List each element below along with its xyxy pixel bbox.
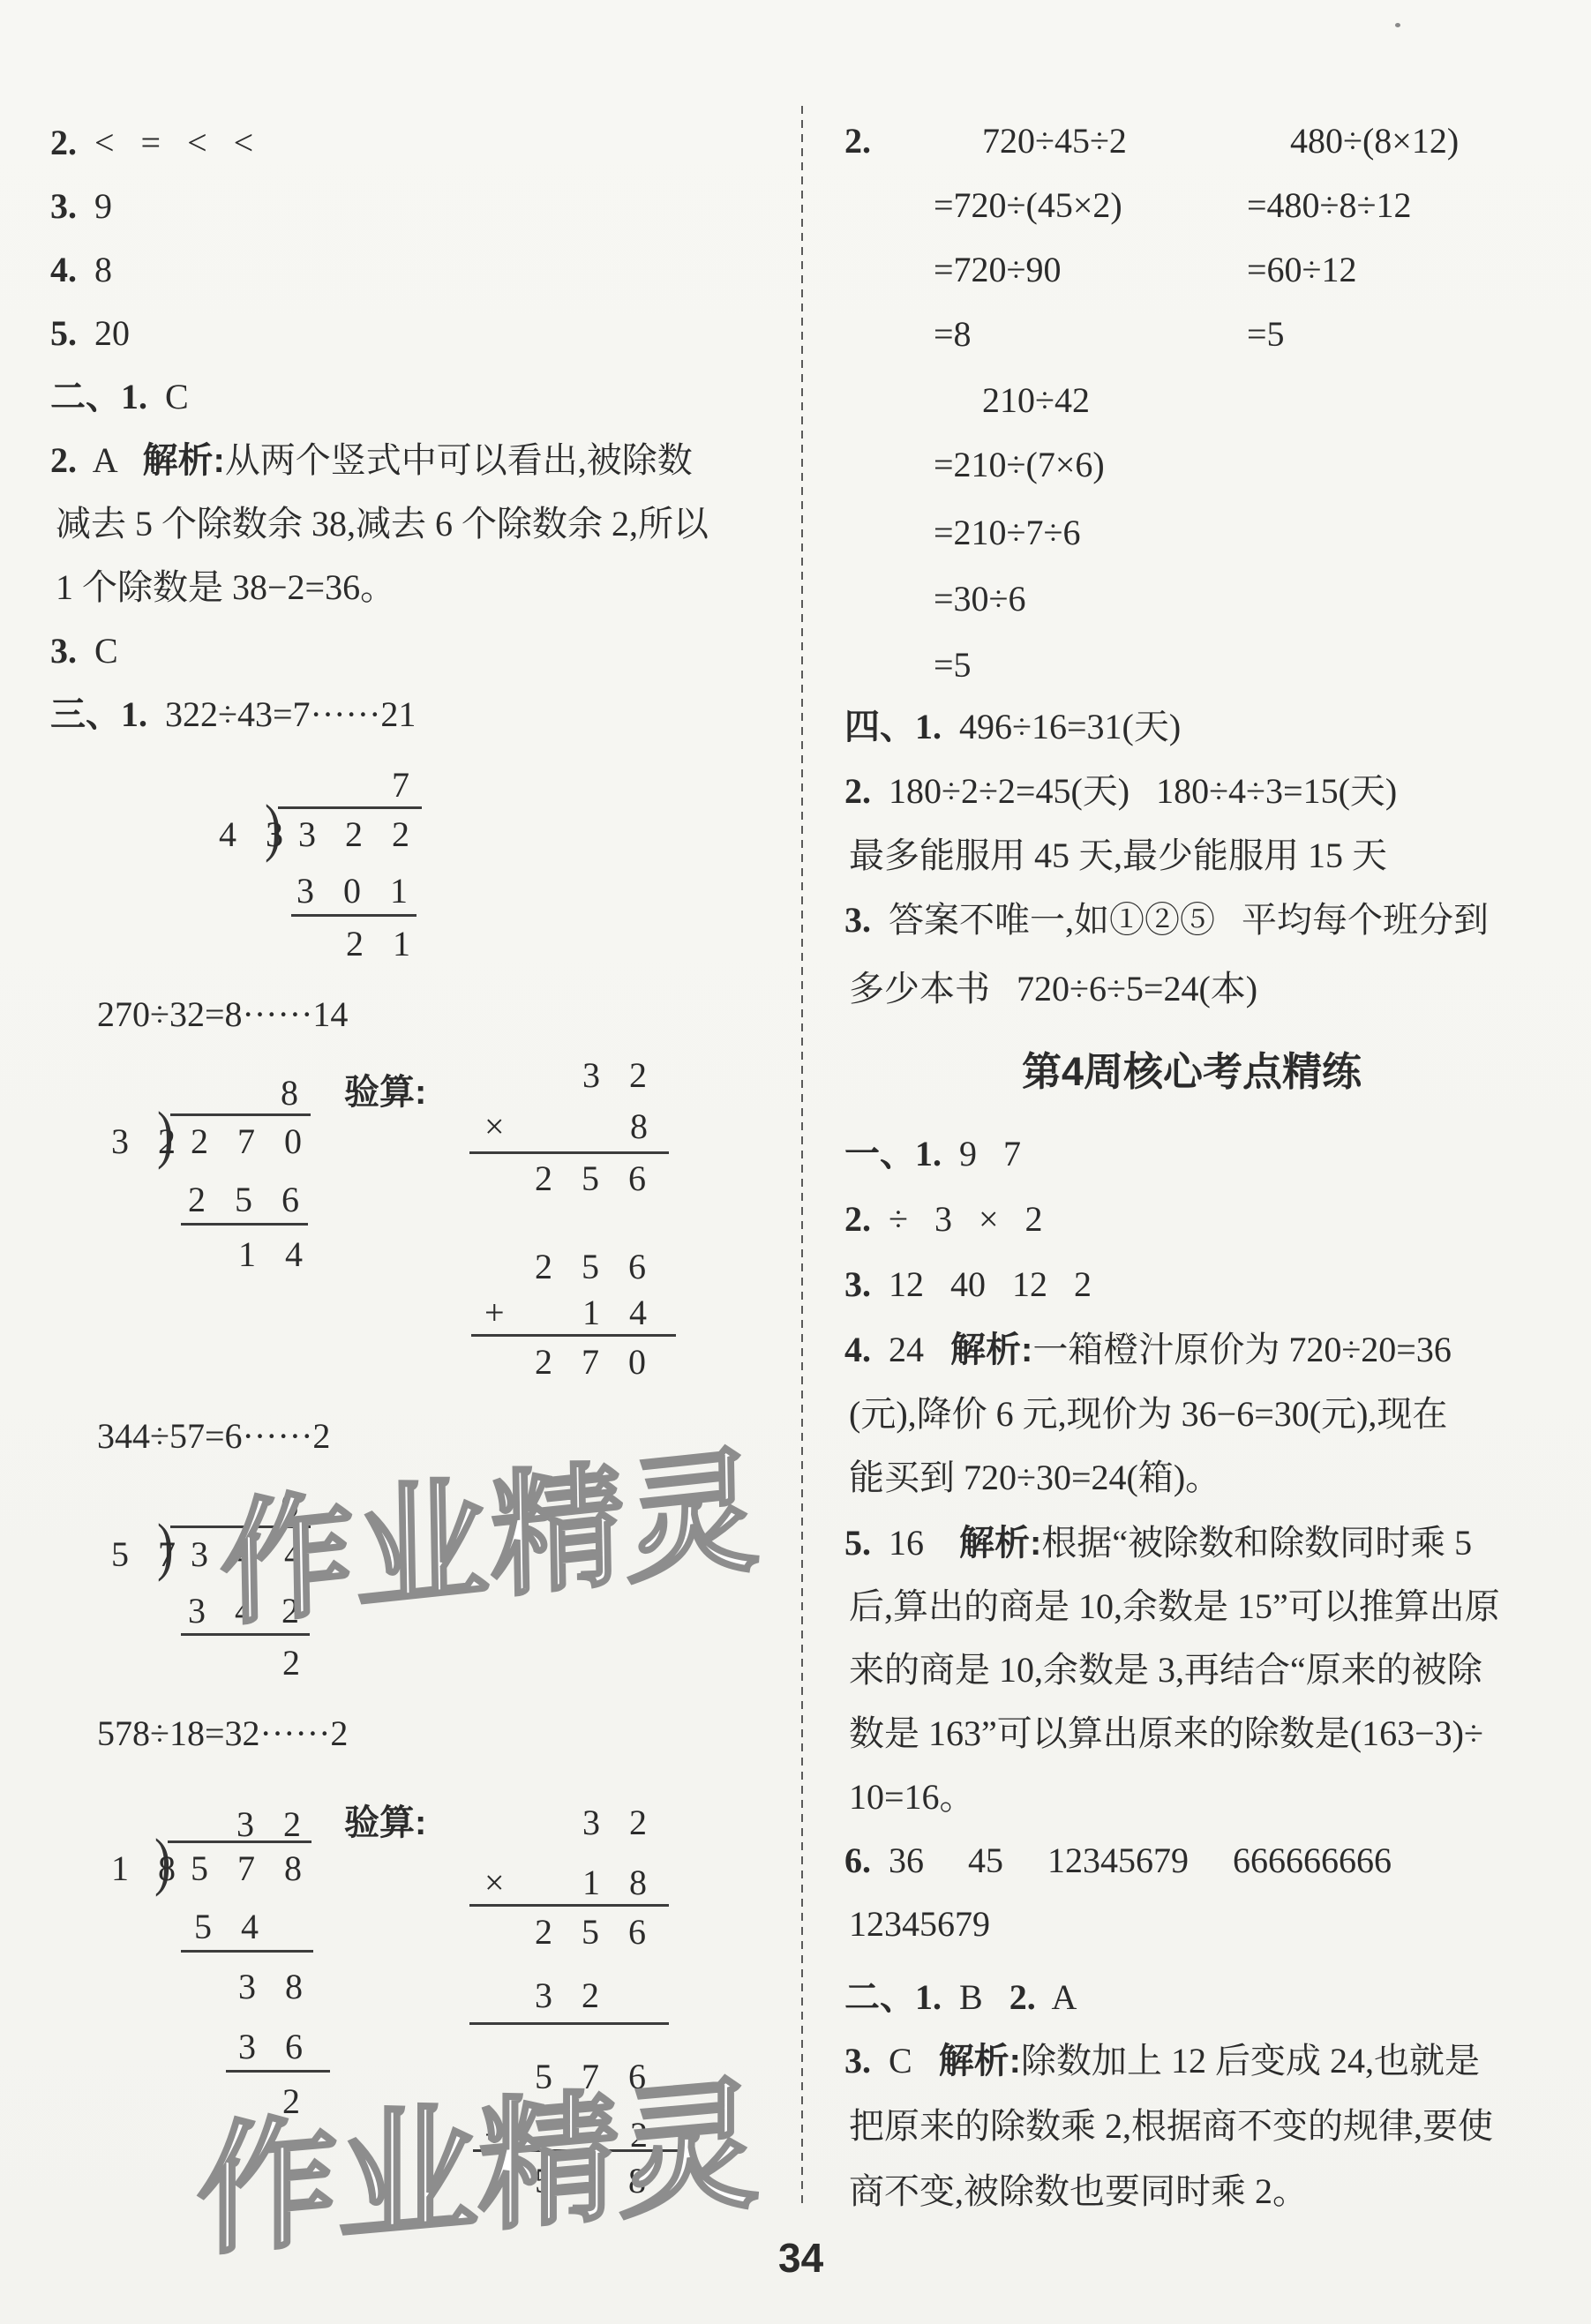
long-division-remainder: 21: [346, 923, 439, 965]
equation-line: 210÷42: [982, 379, 1090, 422]
answer-line: 3. 12 40 12 2: [844, 1263, 1092, 1306]
division-rule: [226, 2070, 330, 2073]
item-marker: 2.: [844, 1199, 871, 1239]
division-vinculum: [278, 806, 422, 809]
check-add-result: 270: [535, 1341, 675, 1383]
long-division-quotient: 32: [236, 1803, 330, 1846]
answer-line: 5. 20: [50, 312, 130, 355]
answer-text: 数是 163”可以算出原来的除数是(163−3)÷: [849, 1713, 1483, 1753]
item-marker: 2.: [1009, 1977, 1036, 2017]
item-marker: 二、1.: [50, 377, 147, 416]
answer-line: 能买到 720÷30=24(箱)。: [849, 1457, 1220, 1499]
answer-text: ÷ 3 × 2: [871, 1199, 1043, 1239]
answer-text: 除数加上 12 后变成 24,也就是: [1021, 2041, 1480, 2080]
check-add-bottom: 14: [582, 1292, 676, 1334]
answer-line: 12345679: [849, 1903, 990, 1945]
answer-line: 3. C: [50, 630, 118, 672]
answer-text: < = < <: [77, 123, 253, 162]
item-marker: 3.: [844, 900, 871, 940]
long-division-remainder: 14: [238, 1233, 332, 1276]
analysis-label: 解析:: [142, 441, 224, 480]
long-division-remainder: 2: [282, 1642, 329, 1684]
scan-speck: [1395, 23, 1400, 27]
check-mult-bottom: 18: [582, 1862, 676, 1904]
equation-line: 720÷45÷2: [982, 120, 1127, 162]
answer-line: 四、1. 496÷16=31(天): [844, 706, 1181, 748]
check-rule: [469, 2022, 669, 2025]
long-division-step: 38: [238, 1966, 332, 2008]
answer-text: 16: [871, 1523, 959, 1563]
answer-line: 2. A 解析:从两个竖式中可以看出,被除数: [50, 439, 693, 482]
equation-line: 344÷57=6······2: [97, 1415, 330, 1458]
item-marker: 2.: [50, 123, 77, 162]
item-marker: 3.: [50, 186, 77, 226]
answer-text: C: [147, 377, 189, 416]
answer-text: 322÷43=7······21: [147, 694, 416, 734]
answer-line: 数是 163”可以算出原来的除数是(163−3)÷: [849, 1713, 1483, 1755]
answer-text: 一箱橙汁原价为 720÷20=36: [1032, 1330, 1452, 1369]
check-mult-result: 256: [535, 1158, 675, 1200]
answer-text: 答案不唯一,如①②⑤ 平均每个班分到: [871, 900, 1489, 940]
check-rule: [471, 1334, 676, 1337]
answer-line: 4. 24 解析:一箱橙汁原价为 720÷20=36: [844, 1329, 1452, 1371]
long-division-product: 301: [296, 870, 437, 912]
check-partial-product: 32: [535, 1975, 628, 2017]
answer-text: 20: [77, 313, 130, 353]
item-marker: 5.: [50, 313, 77, 353]
answer-line: 3. C 解析:除数加上 12 后变成 24,也就是: [844, 2040, 1480, 2082]
division-vinculum: [168, 1840, 311, 1843]
answer-text: 9: [77, 186, 112, 226]
answer-text: C: [871, 2041, 939, 2080]
equation-line: =720÷90: [934, 249, 1062, 291]
check-partial-product: 256: [535, 1911, 675, 1953]
answer-text: 从两个竖式中可以看出,被除数: [225, 440, 693, 480]
long-division-quotient: 8: [281, 1072, 327, 1114]
answer-text: B: [942, 1977, 1009, 2017]
answer-line: 2. ÷ 3 × 2: [844, 1198, 1043, 1241]
equation-line: =5: [1247, 313, 1285, 356]
equation-line: =210÷(7×6): [934, 444, 1105, 486]
answer-text: 24: [871, 1330, 950, 1369]
equation-line: =5: [934, 644, 972, 686]
check-rule: [469, 1151, 669, 1154]
answer-line: 6. 36 45 12345679 666666666: [844, 1840, 1392, 1882]
division-vinculum: [170, 1113, 311, 1116]
equation-line: =480÷8÷12: [1247, 184, 1411, 227]
column-divider: [801, 106, 803, 2206]
answer-text: 12 40 12 2: [871, 1264, 1092, 1304]
item-marker: 4.: [844, 1330, 871, 1369]
answer-text: 后,算出的商是 10,余数是 15”可以推算出原: [849, 1586, 1500, 1626]
answer-text: 把原来的除数乘 2,根据商不变的规律,要使: [849, 2106, 1493, 2146]
answer-text: 12345679: [849, 1904, 990, 1944]
item-marker: 三、1.: [50, 694, 147, 734]
answer-line: 后,算出的商是 10,余数是 15”可以推算出原: [849, 1586, 1500, 1628]
item-marker: 5.: [844, 1523, 871, 1563]
answer-line: 来的商是 10,余数是 3,再结合“原来的被除: [849, 1649, 1482, 1691]
answer-text: 1 个除数是 38−2=36。: [56, 567, 395, 607]
equation-line: =60÷12: [1247, 249, 1357, 291]
answer-line: 二、1. C: [50, 376, 189, 418]
long-division-dividend: 578: [191, 1848, 331, 1890]
item-marker: 二、1.: [844, 1977, 942, 2017]
answer-text: 商不变,被除数也要同时乘 2。: [849, 2171, 1308, 2211]
answer-text: C: [77, 631, 118, 671]
check-rule: [469, 1904, 669, 1907]
answer-line: (元),降价 6 元,现价为 36−6=30(元),现在: [849, 1393, 1447, 1436]
long-division-dividend: 322: [298, 813, 439, 856]
answer-text: 180÷2÷2=45(天) 180÷4÷3=15(天): [871, 771, 1397, 811]
answer-text: A: [77, 440, 142, 480]
item-marker: 2.: [844, 771, 871, 811]
answer-text: 10=16。: [849, 1777, 975, 1817]
division-rule: [181, 1950, 313, 1953]
answer-line: 5. 16 解析:根据“被除数和除数同时乘 5: [844, 1522, 1472, 1564]
multiply-sign: ×: [484, 1862, 505, 1904]
section-title: 第4周核心考点精练: [1022, 1039, 1362, 1097]
item-marker: 3.: [844, 2041, 871, 2080]
equation-line: 270÷32=8······14: [97, 993, 348, 1036]
item-marker: 四、1.: [844, 707, 942, 746]
item-marker: 2.: [50, 440, 77, 480]
answer-text: 496÷16=31(天): [942, 707, 1181, 746]
answer-text: 来的商是 10,余数是 3,再结合“原来的被除: [849, 1650, 1482, 1690]
long-division-step: 36: [238, 2026, 332, 2068]
multiply-sign: ×: [484, 1106, 505, 1148]
check-add-top: 256: [535, 1246, 675, 1288]
item-marker: 3.: [50, 631, 77, 671]
answer-text: 减去 5 个除数余 38,减去 6 个除数余 2,所以: [56, 504, 709, 544]
long-division-quotient: 7: [392, 764, 439, 806]
answer-line: 3. 答案不唯一,如①②⑤ 平均每个班分到: [844, 899, 1489, 941]
check-mult-top: 32: [582, 1802, 676, 1844]
check-mult-top: 32: [582, 1054, 676, 1097]
page-number: 34: [778, 2234, 823, 2282]
equation-line: 480÷(8×12): [1290, 120, 1459, 162]
answer-line: 三、1. 322÷43=7······21: [50, 693, 416, 736]
answer-text: 36 45 12345679 666666666: [871, 1840, 1392, 1880]
analysis-label: 解析:: [939, 2042, 1021, 2080]
answer-text: 8: [77, 250, 112, 289]
item-marker: 一、1.: [844, 1134, 942, 1173]
answer-line: 把原来的除数乘 2,根据商不变的规律,要使: [849, 2105, 1493, 2148]
item-marker: 6.: [844, 1840, 871, 1880]
division-rule: [181, 1223, 308, 1226]
answer-text: 9 7: [942, 1134, 1021, 1173]
long-division-step: 54: [194, 1906, 288, 1948]
watermark: 作业精灵: [219, 1443, 762, 1635]
answer-text: A: [1036, 1977, 1077, 2017]
analysis-label: 解析:: [950, 1331, 1032, 1369]
answer-line: 2. < = < <: [50, 122, 253, 164]
equation-line: =30÷6: [934, 578, 1026, 620]
answer-line: 最多能服用 45 天,最少能服用 15 天: [849, 835, 1387, 877]
division-rule: [291, 914, 417, 917]
plus-sign: +: [484, 1292, 505, 1334]
item-marker: 4.: [50, 250, 77, 289]
long-division-product: 256: [188, 1179, 328, 1221]
long-division-dividend: 270: [191, 1121, 331, 1163]
answer-line: 商不变,被除数也要同时乘 2。: [849, 2170, 1308, 2213]
equation-line: 578÷18=32······2: [97, 1713, 348, 1755]
answer-line: 10=16。: [849, 1776, 975, 1818]
item-marker: 3.: [844, 1264, 871, 1304]
answer-text: 根据“被除数和除数同时乘 5: [1041, 1523, 1472, 1563]
equation-line: =210÷7÷6: [934, 512, 1080, 554]
workbook-answer-page: 2. < = < < 3. 9 4. 8 5. 20 二、1. C 2. A 解…: [0, 0, 1591, 2324]
answer-line: 多少本书 720÷6÷5=24(本): [849, 968, 1257, 1010]
answer-text: 最多能服用 45 天,最少能服用 15 天: [849, 836, 1387, 875]
answer-line: 二、1. B 2. A: [844, 1976, 1077, 2019]
answer-line: 一、1. 9 7: [844, 1133, 1021, 1175]
check-mult-bottom: 8: [630, 1106, 677, 1148]
answer-text: 能买到 720÷30=24(箱)。: [849, 1458, 1220, 1497]
check-label: 验算:: [344, 1802, 426, 1844]
item-marker: 2.: [844, 120, 871, 162]
answer-line: 4. 8: [50, 249, 112, 291]
answer-line: 3. 9: [50, 185, 112, 228]
answer-line: 2. 180÷2÷2=45(天) 180÷4÷3=15(天): [844, 770, 1397, 813]
answer-line: 1 个除数是 38−2=36。: [56, 566, 395, 609]
answer-text: 多少本书 720÷6÷5=24(本): [849, 969, 1257, 1008]
equation-line: =8: [934, 313, 972, 356]
equation-line: =720÷(45×2): [934, 184, 1122, 227]
check-label: 验算:: [344, 1071, 426, 1113]
answer-text: (元),降价 6 元,现价为 36−6=30(元),现在: [849, 1394, 1447, 1434]
watermark: 作业精灵: [197, 2073, 760, 2264]
analysis-label: 解析:: [959, 1524, 1041, 1563]
answer-line: 减去 5 个除数余 38,减去 6 个除数余 2,所以: [56, 503, 709, 545]
